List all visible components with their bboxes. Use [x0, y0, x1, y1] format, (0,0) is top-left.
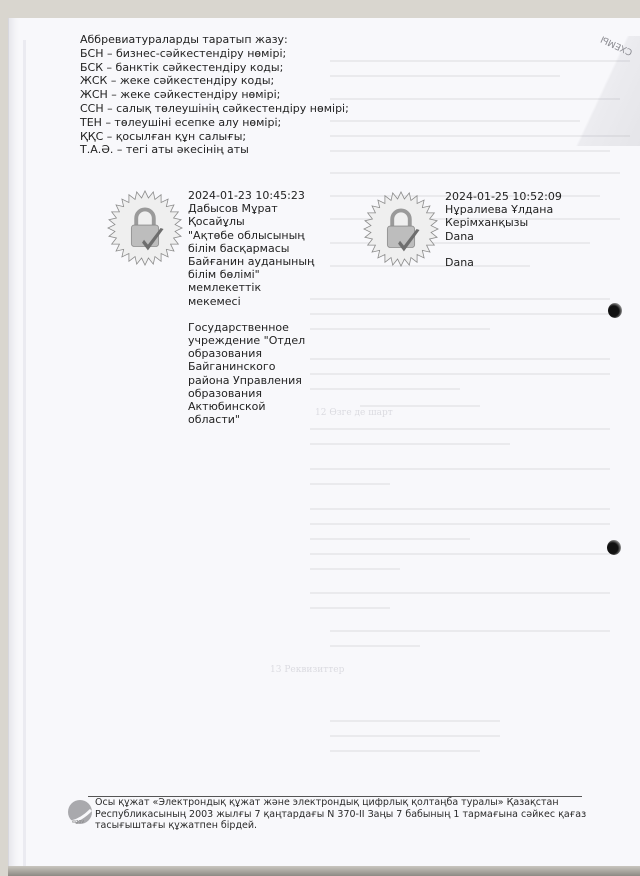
organization-kz: Байғанин ауданының	[188, 255, 314, 268]
footer-line: Республикасының 2003 жылғы 7 қаңтардағы …	[95, 809, 586, 821]
organization: Dana	[445, 230, 562, 243]
signature-timestamp: 2024-01-25 10:52:09	[445, 190, 562, 203]
punch-hole	[608, 303, 622, 318]
organization-kz: білім бөлімі"	[188, 268, 314, 281]
abbreviations-list: Аббревиатураларды таратып жазу: БСН – би…	[80, 33, 349, 157]
footer-line: Осы құжат «Электрондық құжат және электр…	[95, 797, 586, 809]
e-gov-stamp-icon: egov	[66, 798, 94, 826]
organization: Dana	[445, 256, 562, 269]
padlock-check-seal-icon	[106, 189, 184, 267]
page-edge	[23, 40, 26, 876]
organization-ru: области"	[188, 413, 314, 426]
organization-ru: района Управления	[188, 374, 314, 387]
signer-patronymic: Керімханқызы	[445, 216, 562, 229]
signature-2-text: 2024-01-25 10:52:09 Нұралиева Ұлдана Кер…	[445, 190, 562, 269]
abbreviations-title: Аббревиатураларды таратып жазу:	[80, 33, 349, 47]
abbreviation-item: Т.А.Ә. – тегі аты әкесінің аты	[80, 143, 349, 157]
signer-patronymic: Қосайұлы	[188, 215, 314, 228]
abbreviation-item: БСН – бизнес-сәйкестендіру нөмірі;	[80, 47, 349, 61]
scan-bottom-edge	[8, 866, 640, 876]
organization-ru: Государственное	[188, 321, 314, 334]
abbreviation-item: ССН – салық төлеушінің сәйкестендіру нөм…	[80, 102, 349, 116]
footer-legal-notice: Осы құжат «Электрондық құжат және электр…	[95, 797, 586, 832]
organization-ru: образования	[188, 387, 314, 400]
organization-kz: мемлекеттік	[188, 281, 314, 294]
signature-1-text: 2024-01-23 10:45:23 Дабысов Мұрат Қосайұ…	[188, 189, 314, 426]
organization-ru: образования	[188, 347, 314, 360]
abbreviation-item: ҚҚС – қосылған құн салығы;	[80, 130, 349, 144]
footer-line: тасығыштағы құжатпен бірдей.	[95, 820, 586, 832]
abbreviation-item: ЖСК – жеке сәйкестендіру коды;	[80, 74, 349, 88]
signature-timestamp: 2024-01-23 10:45:23	[188, 189, 314, 202]
organization-kz: мекемесі	[188, 295, 314, 308]
abbreviation-item: БСК – банктік сәйкестендіру коды;	[80, 61, 349, 75]
svg-text:egov: egov	[72, 819, 84, 825]
organization-kz: "Ақтөбе облысының	[188, 229, 314, 242]
organization-ru: Актюбинской	[188, 400, 314, 413]
organization-kz: білім басқармасы	[188, 242, 314, 255]
padlock-check-seal-icon	[362, 190, 440, 268]
abbreviation-item: ТЕН – төлеушіні есепке алу нөмірі;	[80, 116, 349, 130]
signer-name: Нұралиева Ұлдана	[445, 203, 562, 216]
abbreviation-item: ЖСН – жеке сәйкестендіру нөмірі;	[80, 88, 349, 102]
organization-ru: учреждение "Отдел	[188, 334, 314, 347]
punch-hole	[607, 540, 621, 555]
signer-name: Дабысов Мұрат	[188, 202, 314, 215]
organization-ru: Байганинского	[188, 360, 314, 373]
